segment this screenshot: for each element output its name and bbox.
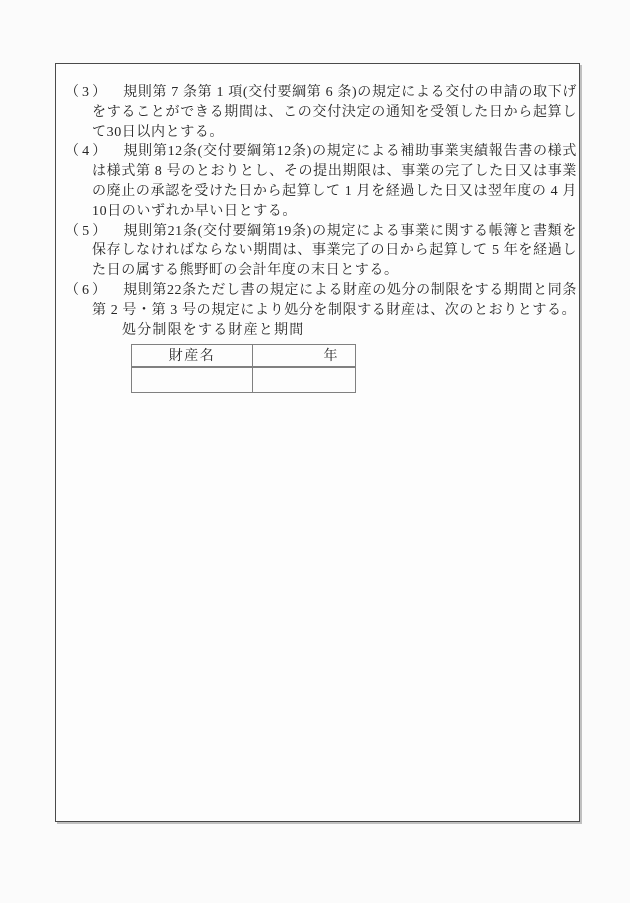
year-cell — [253, 367, 356, 392]
clause-3: （3）規則第 7 条第 1 項(交付要綱第 6 条)の規定による交付の申請の取下… — [65, 83, 577, 142]
property-name-header: 財産名 — [132, 344, 253, 367]
property-table-body — [132, 367, 356, 392]
table-row — [132, 367, 356, 392]
property-table-header: 財産名 年 — [132, 344, 356, 367]
clause-6-text: 規則第22条ただし書の規定による財産の処分の制限をする期間と同条第 2 号・第 … — [92, 283, 577, 318]
document-page: （3）規則第 7 条第 1 項(交付要綱第 6 条)の規定による交付の申請の取下… — [0, 0, 630, 903]
clause-5-number: （5） — [65, 224, 109, 239]
document-frame: （3）規則第 7 条第 1 項(交付要綱第 6 条)の規定による交付の申請の取下… — [55, 63, 580, 822]
clause-6: （6）規則第22条ただし書の規定による財産の処分の制限をする期間と同条第 2 号… — [65, 281, 577, 321]
clause-4-number: （4） — [65, 144, 109, 159]
table-header-row: 財産名 年 — [132, 344, 356, 367]
clause-4-text: 規則第12条(交付要綱第12条)の規定による補助事業実績報告書の様式は様式第 8… — [92, 144, 577, 218]
clause-list: （3）規則第 7 条第 1 項(交付要綱第 6 条)の規定による交付の申請の取下… — [65, 83, 577, 321]
table-caption: 処分制限をする財産と期間 — [122, 321, 577, 341]
clause-3-number: （3） — [65, 85, 109, 100]
clause-6-number: （6） — [65, 283, 109, 298]
clause-4: （4）規則第12条(交付要綱第12条)の規定による補助事業実績報告書の様式は様式… — [65, 142, 577, 221]
clause-5: （5）規則第21条(交付要綱第19条)の規定による事業に関する帳簿と書類を保存し… — [65, 222, 577, 281]
year-header: 年 — [253, 344, 356, 367]
clause-3-text: 規則第 7 条第 1 項(交付要綱第 6 条)の規定による交付の申請の取下げをす… — [92, 85, 577, 140]
property-restriction-table: 財産名 年 — [131, 344, 356, 393]
clause-5-text: 規則第21条(交付要綱第19条)の規定による事業に関する帳簿と書類を保存しなけれ… — [92, 224, 577, 279]
property-name-cell — [132, 367, 253, 392]
